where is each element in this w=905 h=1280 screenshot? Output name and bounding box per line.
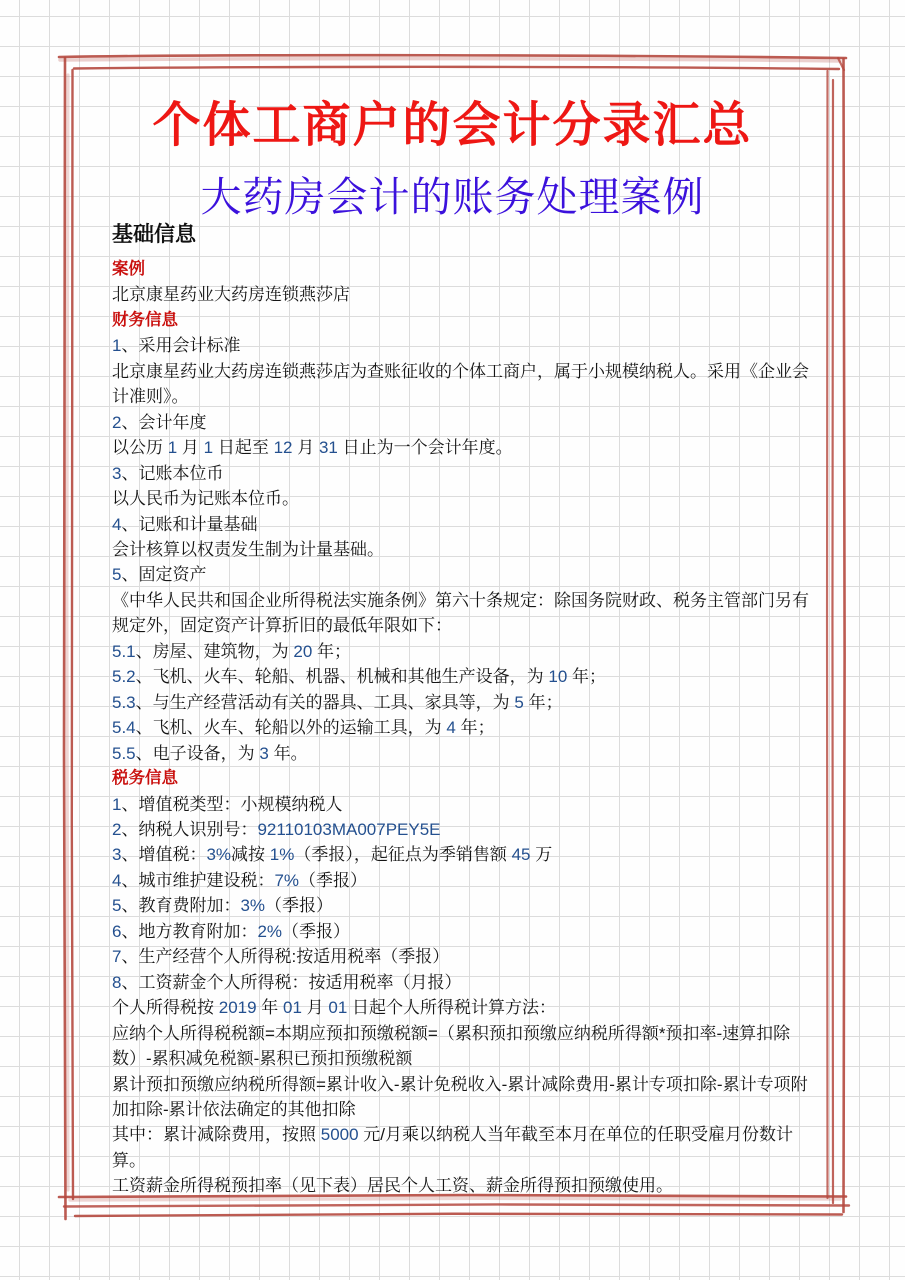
numeric-text: 1 xyxy=(112,336,121,355)
red-subheading: 案例 xyxy=(112,257,812,282)
paragraph: 5.1、房屋、建筑物，为 20 年； xyxy=(112,639,812,664)
numeric-text: 20 xyxy=(293,642,312,661)
numeric-text: 4 xyxy=(112,515,121,534)
paragraph: 《中华人民共和国企业所得税法实施条例》第六十条规定：除国务院财政、税务主管部门另… xyxy=(112,588,812,639)
paragraph: 3、记账本位币 xyxy=(112,461,812,486)
paragraph: 5、固定资产 xyxy=(112,562,812,587)
numeric-text: 1 xyxy=(112,795,121,814)
page-subtitle: 大药房会计的账务处理案例 xyxy=(60,164,845,223)
numeric-text: 5 xyxy=(514,693,523,712)
numeric-text: 10 xyxy=(548,667,567,686)
numeric-text: 3% xyxy=(240,896,265,915)
paragraph: 2、纳税人识别号：92110103MA007PEY5E xyxy=(112,817,812,842)
document-body: 基础信息 案例北京康星药业大药房连锁燕莎店财务信息1、采用会计标准北京康星药业大… xyxy=(112,221,812,1199)
numeric-text: 6 xyxy=(112,922,121,941)
numeric-text: 7% xyxy=(274,871,299,890)
numeric-text: 3 xyxy=(112,464,121,483)
numeric-text: 2 xyxy=(112,820,121,839)
numeric-text: 5 xyxy=(112,565,121,584)
numeric-text: 7 xyxy=(112,947,121,966)
paragraph: 1、增值税类型：小规模纳税人 xyxy=(112,792,812,817)
red-subheading: 财务信息 xyxy=(112,308,812,333)
paragraph: 会计核算以权责发生制为计量基础。 xyxy=(112,537,812,562)
paragraph: 7、生产经营个人所得税:按适用税率（季报） xyxy=(112,944,812,969)
paragraph: 5.4、飞机、火车、轮船以外的运输工具，为 4 年； xyxy=(112,715,812,740)
paragraph: 6、地方教育附加：2%（季报） xyxy=(112,919,812,944)
paragraph-list: 案例北京康星药业大药房连锁燕莎店财务信息1、采用会计标准北京康星药业大药房连锁燕… xyxy=(112,257,812,1199)
paragraph: 1、采用会计标准 xyxy=(112,333,812,358)
numeric-text: 01 xyxy=(328,998,347,1017)
paragraph: 以公历 1 月 1 日起至 12 月 31 日止为一个会计年度。 xyxy=(112,435,812,460)
paragraph: 5、教育费附加：3%（季报） xyxy=(112,893,812,918)
paragraph: 其中：累计减除费用，按照 5000 元/月乘以纳税人当年截至本月在单位的任职受雇… xyxy=(112,1122,812,1173)
numeric-text: 3 xyxy=(112,845,121,864)
numeric-text: 1 xyxy=(204,438,213,457)
numeric-text: 8 xyxy=(112,973,121,992)
numeric-text: 5.3 xyxy=(112,693,136,712)
paragraph: 5.3、与生产经营活动有关的器具、工具、家具等，为 5 年； xyxy=(112,690,812,715)
numeric-text: 1 xyxy=(168,438,177,457)
numeric-text: 3 xyxy=(259,744,268,763)
numeric-text: 5.4 xyxy=(112,718,136,737)
paragraph: 个人所得税按 2019 年 01 月 01 日起个人所得税计算方法： xyxy=(112,995,812,1020)
numeric-text: 92110103MA007PEY5E xyxy=(257,820,440,839)
red-subheading: 税务信息 xyxy=(112,766,812,791)
numeric-text: 5.1 xyxy=(112,642,136,661)
numeric-text: 2% xyxy=(257,922,282,941)
paragraph: 以人民币为记账本位币。 xyxy=(112,486,812,511)
numeric-text: 45 xyxy=(512,845,531,864)
paragraph: 8、工资薪金个人所得税：按适用税率（月报） xyxy=(112,970,812,995)
paragraph: 4、记账和计量基础 xyxy=(112,512,812,537)
numeric-text: 12 xyxy=(274,438,293,457)
page-background: 个体工商户的会计分录汇总 大药房会计的账务处理案例 基础信息 案例北京康星药业大… xyxy=(0,0,905,1280)
paragraph: 北京康星药业大药房连锁燕莎店 xyxy=(112,282,812,307)
numeric-text: 4 xyxy=(446,718,455,737)
numeric-text: 1% xyxy=(270,845,295,864)
paragraph: 4、城市维护建设税：7%（季报） xyxy=(112,868,812,893)
section-heading: 基础信息 xyxy=(112,221,812,248)
numeric-text: 5000 xyxy=(321,1125,359,1144)
numeric-text: 2 xyxy=(112,413,121,432)
paragraph: 北京康星药业大药房连锁燕莎店为查账征收的个体工商户，属于小规模纳税人。采用《企业… xyxy=(112,359,812,410)
paragraph: 5.2、飞机、火车、轮船、机器、机械和其他生产设备，为 10 年； xyxy=(112,664,812,689)
paragraph: 累计预扣预缴应纳税所得额=累计收入-累计免税收入-累计减除费用-累计专项扣除-累… xyxy=(112,1072,812,1123)
numeric-text: 5.2 xyxy=(112,667,136,686)
numeric-text: 3% xyxy=(206,845,231,864)
numeric-text: 31 xyxy=(319,438,338,457)
numeric-text: 5 xyxy=(112,896,121,915)
page-title: 个体工商户的会计分录汇总 xyxy=(60,86,845,155)
paragraph: 工资薪金所得税预扣率（见下表）居民个人工资、薪金所得预扣预缴使用。 xyxy=(112,1173,812,1198)
numeric-text: 01 xyxy=(283,998,302,1017)
paragraph: 2、会计年度 xyxy=(112,410,812,435)
numeric-text: 2019 xyxy=(219,998,257,1017)
paragraph: 应纳个人所得税税额=本期应预扣预缴税额=（累积预扣预缴应纳税所得额*预扣率-速算… xyxy=(112,1021,812,1072)
numeric-text: 4 xyxy=(112,871,121,890)
numeric-text: 5.5 xyxy=(112,744,136,763)
paragraph: 3、增值税：3%减按 1%（季报），起征点为季销售额 45 万 xyxy=(112,842,812,867)
paragraph: 5.5、电子设备，为 3 年。 xyxy=(112,741,812,766)
